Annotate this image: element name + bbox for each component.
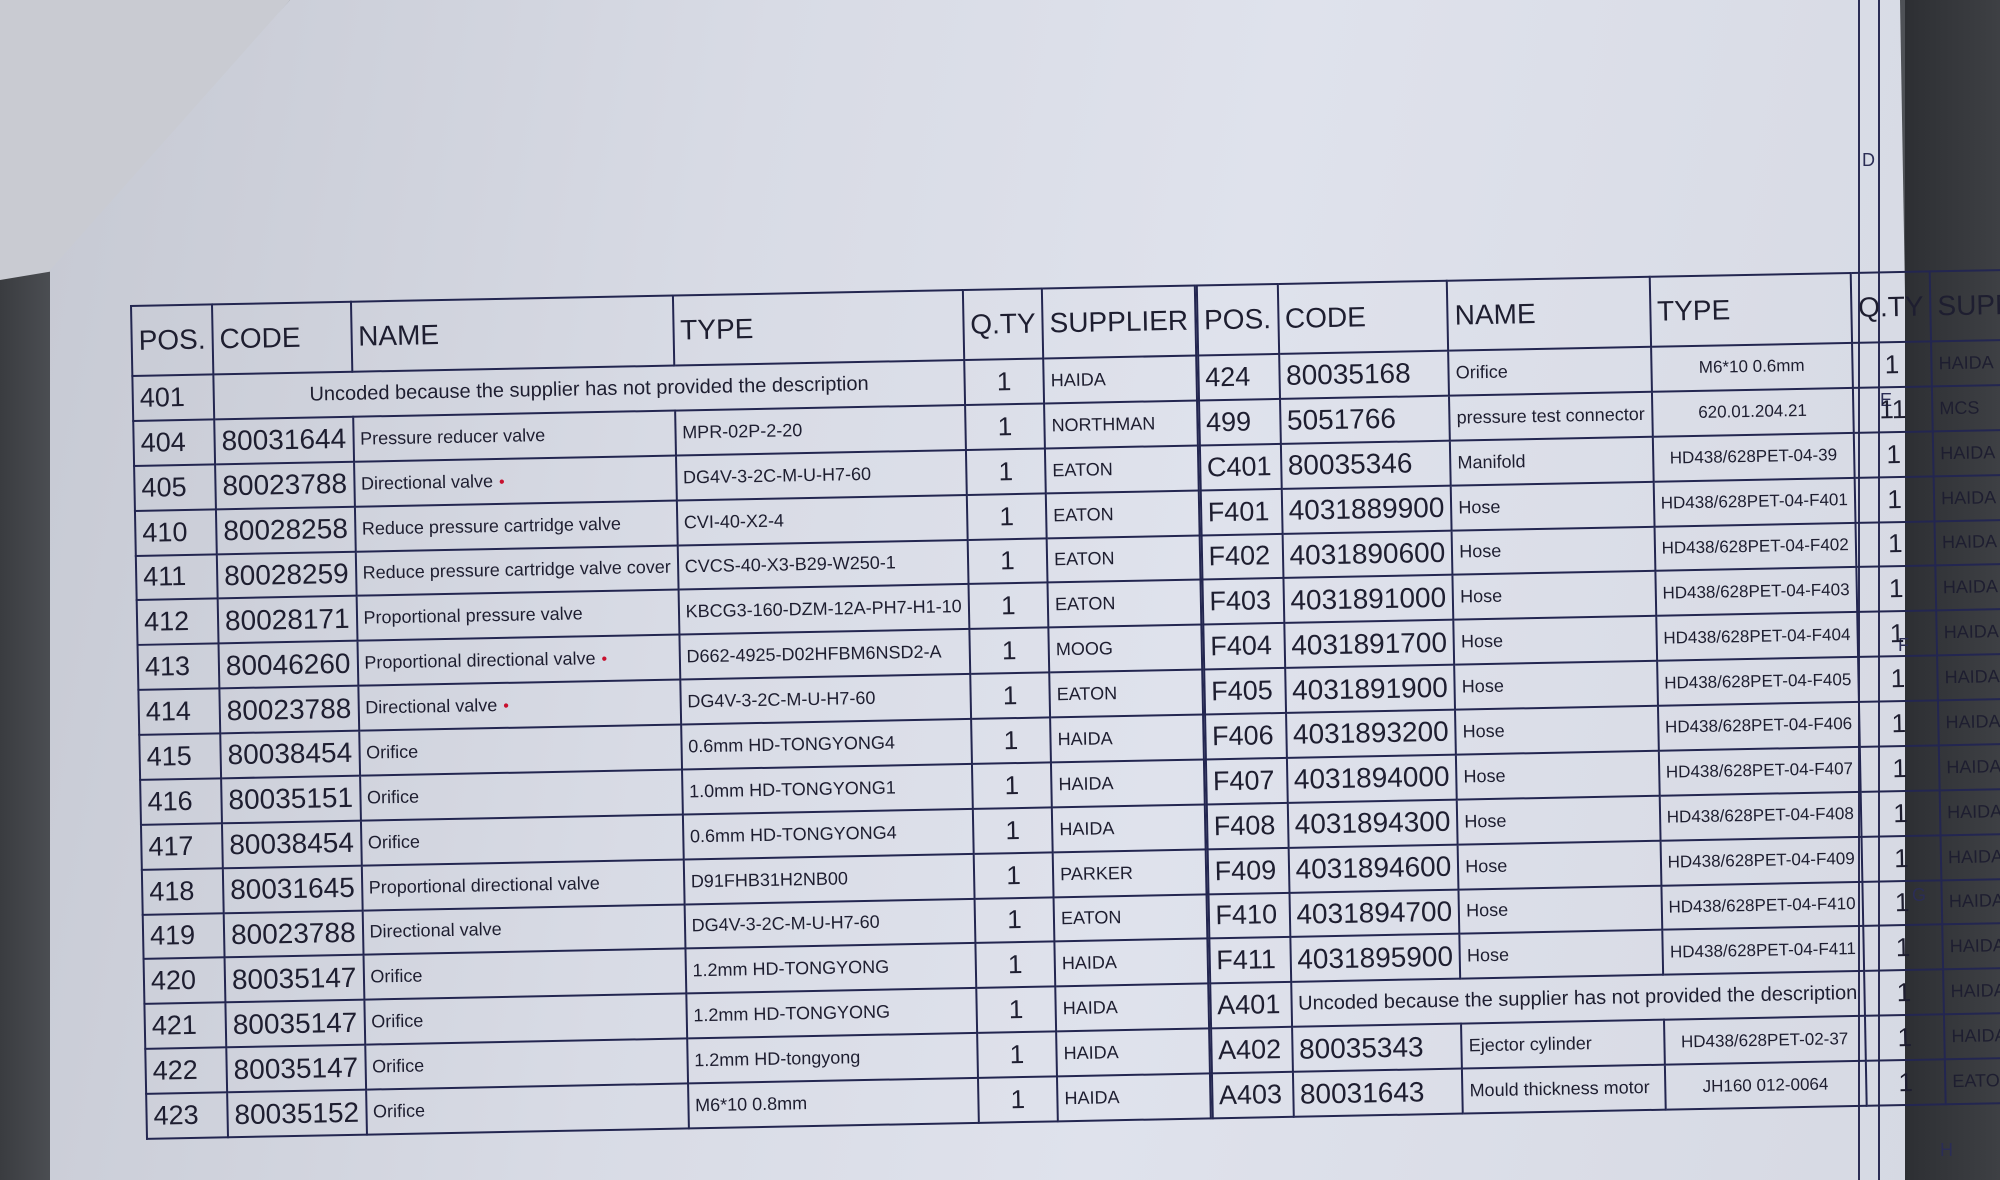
cell-name: Proportional directional valve — [361, 859, 684, 910]
cell-supplier: HAIDA — [1940, 787, 2000, 835]
cell-pos: 420 — [144, 958, 226, 1004]
cell-pos: F401 — [1200, 489, 1282, 535]
cell-supplier: HAIDA — [1938, 697, 2000, 745]
cell-name: Orifice — [364, 994, 687, 1045]
cell-type: 0.6mm HD-TONGYONG4 — [681, 719, 972, 769]
header-pos: POS. — [131, 304, 213, 376]
cell-name: Hose — [1454, 661, 1657, 710]
cell-code: 80046260 — [218, 641, 357, 689]
cell-pos: F405 — [1204, 668, 1286, 714]
cell-name: Hose — [1460, 930, 1663, 979]
cell-qty: 1 — [1854, 431, 1934, 477]
cell-name: Proportional directional valve• — [357, 635, 680, 686]
cell-supplier: HAIDA — [1054, 939, 1207, 987]
cell-pos: A403 — [1212, 1072, 1294, 1119]
cell-qty: 1 — [971, 717, 1051, 763]
cell-supplier: MCS — [1932, 383, 2000, 431]
red-check-mark-icon: • — [503, 698, 509, 715]
cell-name: Orifice — [363, 949, 686, 1000]
cell-code: 80028259 — [217, 551, 356, 599]
cell-qty: 1 — [1859, 700, 1939, 746]
cell-type: MPR-02P-2-20 — [675, 405, 966, 455]
cell-type: HD438/628PET-04-F409 — [1660, 836, 1862, 885]
cell-type: KBCG3-160-DZM-12A-PH7-H1-10 — [678, 584, 969, 634]
zone-letter: H — [1940, 1140, 1953, 1161]
cell-code: 5051766 — [1280, 396, 1451, 444]
cell-code: 80035147 — [225, 1000, 364, 1048]
cell-type: HD438/628PET-04-F404 — [1656, 612, 1858, 661]
cell-code: 80035147 — [226, 1045, 365, 1093]
cell-name: Orifice — [1448, 347, 1651, 396]
cell-code: 80023788 — [224, 910, 363, 958]
cell-qty: 1 — [973, 807, 1053, 853]
cell-qty: 1 — [968, 583, 1048, 629]
cell-code: 4031891000 — [1283, 575, 1454, 623]
cell-supplier: HAIDA — [1056, 1029, 1209, 1077]
cell-type: HD438/628PET-04-F402 — [1654, 522, 1856, 571]
cell-supplier: HAIDA — [1936, 608, 2000, 656]
cell-code: 4031891900 — [1285, 665, 1456, 713]
cell-name: Mould thickness motor — [1462, 1065, 1665, 1114]
cell-name: Orifice — [365, 1039, 688, 1090]
cell-code: 4031894300 — [1287, 799, 1458, 847]
header-supplier: SUPPLIER — [1042, 286, 1196, 359]
cell-supplier: HAIDA — [1934, 473, 2000, 521]
cell-name: Hose — [1452, 526, 1655, 575]
cell-pos: 421 — [144, 1003, 226, 1049]
header-name: NAME — [350, 296, 673, 372]
cell-type: HD438/628PET-04-F408 — [1659, 792, 1861, 841]
cell-supplier: EATON — [1046, 490, 1199, 538]
bom-table-right: POS. CODE NAME TYPE Q.TY SUPPLIER 424800… — [1195, 267, 2000, 1119]
cell-qty: 1 — [967, 538, 1047, 584]
cell-code: 80031645 — [223, 865, 362, 913]
cell-supplier: HAIDA — [1052, 804, 1205, 852]
cell-code: 4031894000 — [1286, 754, 1457, 802]
cell-code: 80023788 — [219, 686, 358, 734]
cell-type: HD438/628PET-04-F403 — [1655, 567, 1857, 616]
cell-name: Reduce pressure cartridge valve — [354, 500, 677, 551]
cell-supplier: HAIDA — [1931, 339, 2000, 387]
cell-pos: F410 — [1208, 892, 1290, 938]
cell-supplier: EATON — [1054, 894, 1207, 942]
cell-supplier: HAIDA — [1943, 967, 2000, 1015]
cell-code: 80035147 — [224, 955, 363, 1003]
cell-name: Orifice — [366, 1083, 689, 1134]
cell-pos: F408 — [1206, 803, 1288, 849]
cell-type: M6*10 0.6mm — [1651, 343, 1853, 392]
cell-name: Directional valve• — [358, 680, 681, 731]
cell-qty: 1 — [977, 1031, 1057, 1077]
cell-code: 80035168 — [1279, 351, 1450, 399]
cell-qty: 1 — [966, 448, 1046, 494]
cell-code: 80035346 — [1280, 440, 1451, 488]
cell-supplier: EATON — [1945, 1056, 2000, 1104]
cell-pos: 405 — [134, 464, 216, 510]
cell-name: Ejector cylinder — [1461, 1020, 1664, 1069]
cell-pos: F411 — [1209, 937, 1291, 983]
cell-qty: 1 — [1856, 566, 1936, 612]
cell-name: Hose — [1451, 481, 1654, 530]
cell-code: 80028171 — [218, 596, 357, 644]
cell-name: Hose — [1459, 885, 1662, 934]
cell-code: 80038454 — [222, 820, 361, 868]
cell-type: 0.6mm HD-TONGYONG4 — [683, 809, 974, 859]
cell-qty: 1 — [970, 673, 1050, 719]
cell-type: DG4V-3-2C-M-U-H7-60 — [684, 898, 975, 948]
cell-name: Reduce pressure cartridge valve cover — [355, 545, 678, 596]
cell-code: 4031893200 — [1286, 710, 1457, 758]
cell-supplier: NORTHMAN — [1044, 400, 1197, 448]
cell-qty: 1 — [1864, 970, 1944, 1016]
cell-name: Hose — [1457, 795, 1660, 844]
cell-code: 80035343 — [1292, 1024, 1463, 1072]
cell-pos: F402 — [1201, 533, 1283, 579]
cell-code: 80031644 — [214, 417, 353, 465]
cell-name: Hose — [1456, 751, 1659, 800]
cell-type: HD438/628PET-04-F410 — [1661, 881, 1863, 930]
cell-type: HD438/628PET-04-F406 — [1658, 702, 1860, 751]
header-code: CODE — [1277, 281, 1448, 354]
cell-qty: 1 — [1862, 880, 1942, 926]
cell-name-text: Directional valve — [361, 471, 493, 494]
cell-qty: 1 — [965, 403, 1045, 449]
cell-code: 80035151 — [221, 776, 360, 824]
cell-supplier: HAIDA — [1942, 922, 2000, 970]
cell-type: CVI-40-X2-4 — [677, 495, 968, 545]
cell-pos: 424 — [1198, 354, 1280, 400]
cell-supplier: HAIDA — [1939, 742, 2000, 790]
cell-qty: 1 — [964, 358, 1044, 404]
cell-name: Hose — [1458, 840, 1661, 889]
bom-table-right-body: 42480035168OrificeM6*10 0.6mm1HAIDA49950… — [1198, 339, 2000, 1119]
header-type: TYPE — [673, 290, 964, 366]
cell-qty: 1 — [1863, 925, 1943, 971]
cell-pos: F403 — [1202, 578, 1284, 624]
red-check-mark-icon: • — [601, 651, 607, 668]
zone-letter: D — [1862, 150, 1875, 171]
header-qty: Q.TY — [1850, 271, 1931, 343]
cell-type: 1.0mm HD-TONGYONG1 — [682, 764, 973, 814]
cell-supplier: HAIDA — [1043, 356, 1196, 404]
cell-type: HD438/628PET-02-37 — [1664, 1016, 1866, 1065]
cell-supplier: HAIDA — [1941, 832, 2000, 880]
cell-pos: C401 — [1199, 444, 1281, 490]
cell-qty: 1 — [1857, 611, 1937, 657]
cell-qty: 1 — [1854, 476, 1934, 522]
cell-type: HD438/628PET-04-F401 — [1653, 478, 1855, 527]
header-type: TYPE — [1649, 273, 1851, 347]
cell-qty: 1 — [1866, 1059, 1946, 1106]
cell-pos: 414 — [138, 688, 220, 734]
cell-code: 80028258 — [216, 506, 355, 554]
cell-qty: 1 — [1852, 341, 1932, 387]
cell-code: 80038454 — [220, 731, 359, 779]
bom-sheet: POS. CODE NAME TYPE Q.TY SUPPLIER 401Unc… — [130, 272, 1856, 1140]
cell-name-text: Proportional directional valve — [364, 648, 595, 672]
cell-code: 80031643 — [1292, 1069, 1463, 1117]
cell-supplier: HAIDA — [1050, 714, 1203, 762]
cell-qty: 1 — [969, 628, 1049, 674]
cell-code: 4031889900 — [1281, 485, 1452, 533]
cell-pos: 418 — [142, 868, 224, 914]
cell-type: D662-4925-D02HFBM6NSD2-A — [679, 629, 970, 679]
cell-pos: 412 — [137, 599, 219, 645]
cell-supplier: EATON — [1048, 580, 1201, 628]
cell-type: D91FHB31H2NB00 — [683, 854, 974, 904]
cell-name: Pressure reducer valve — [353, 410, 676, 461]
cell-name: Manifold — [1450, 437, 1653, 486]
cell-name: Hose — [1454, 616, 1657, 665]
cell-type: DG4V-3-2C-M-U-H7-60 — [680, 674, 971, 724]
cell-name: pressure test connector — [1449, 392, 1652, 441]
cell-code: 4031894600 — [1288, 844, 1459, 892]
cell-pos: 404 — [133, 419, 215, 465]
cell-name: Orifice — [360, 769, 683, 820]
cell-code: 4031890600 — [1282, 530, 1453, 578]
cell-qty: 1 — [967, 493, 1047, 539]
cell-name: Directional valve• — [354, 455, 677, 506]
cell-name: Orifice — [360, 814, 683, 865]
cell-supplier: HAIDA — [1941, 877, 2000, 925]
cell-qty: 1 — [1860, 745, 1940, 791]
header-name: NAME — [1447, 277, 1651, 351]
cell-type: HD438/628PET-04-F407 — [1659, 747, 1861, 796]
cell-name: Hose — [1453, 571, 1656, 620]
cell-supplier: EATON — [1045, 445, 1198, 493]
cell-pos: F404 — [1203, 623, 1285, 669]
cell-name: Orifice — [359, 725, 682, 776]
header-pos: POS. — [1196, 284, 1278, 356]
cell-qty: 11 — [1853, 386, 1933, 432]
cell-pos: 416 — [140, 778, 222, 824]
cell-pos: A402 — [1211, 1027, 1293, 1073]
cell-type: HD438/628PET-04-39 — [1652, 433, 1854, 482]
cell-pos: F406 — [1205, 713, 1287, 759]
cell-type: DG4V-3-2C-M-U-H7-60 — [676, 450, 967, 500]
cell-supplier: HAIDA — [1935, 563, 2000, 611]
cell-qty: 1 — [973, 852, 1053, 898]
header-qty: Q.TY — [963, 288, 1044, 360]
cell-code: 4031894700 — [1289, 889, 1460, 937]
red-check-mark-icon: • — [499, 474, 505, 491]
cell-supplier: HAIDA — [1057, 1073, 1210, 1121]
cell-code: 4031895900 — [1290, 934, 1461, 982]
bom-table-left-body: 401Uncoded because the supplier has not … — [132, 356, 1210, 1139]
cell-qty: 1 — [1860, 790, 1940, 836]
cell-supplier: HAIDA — [1933, 428, 2000, 476]
cell-qty: 1 — [975, 942, 1055, 988]
cell-pos: 422 — [145, 1047, 227, 1093]
cell-type: CVCS-40-X3-B29-W250-1 — [677, 539, 968, 589]
cell-pos: F407 — [1206, 758, 1288, 804]
cell-type: M6*10 0.8mm — [688, 1078, 979, 1129]
bom-table-left: POS. CODE NAME TYPE Q.TY SUPPLIER 401Unc… — [130, 285, 1211, 1140]
cell-type: 620.01.204.21 — [1652, 388, 1854, 437]
cell-supplier: MOOG — [1048, 625, 1201, 673]
cell-qty: 1 — [974, 897, 1054, 943]
cell-name-text: Directional valve — [365, 695, 497, 718]
cell-type: HD438/628PET-04-F405 — [1657, 657, 1859, 706]
header-supplier: SUPPLIER — [1930, 269, 2000, 342]
cell-qty: 1 — [972, 762, 1052, 808]
cell-type: 1.2mm HD-TONGYONG — [686, 988, 977, 1038]
cell-supplier: HAIDA — [1937, 653, 2000, 701]
cell-name: Hose — [1455, 706, 1658, 755]
cell-type: 1.2mm HD-tongyong — [687, 1033, 978, 1083]
cell-pos: A401 — [1210, 982, 1292, 1028]
cell-qty: 1 — [1865, 1014, 1945, 1060]
cell-qty: 1 — [1855, 521, 1935, 567]
cell-supplier: HAIDA — [1055, 984, 1208, 1032]
cell-type: HD438/628PET-04-F411 — [1662, 926, 1864, 975]
cell-pos: 419 — [143, 913, 225, 959]
cell-code: 80035152 — [227, 1090, 366, 1138]
cell-pos: 417 — [141, 823, 223, 869]
cell-pos: 413 — [138, 644, 220, 690]
cell-pos: 499 — [1199, 399, 1281, 445]
cell-name: Proportional pressure valve — [356, 590, 679, 641]
cell-pos: 423 — [146, 1092, 228, 1139]
cell-pos: 410 — [135, 509, 217, 555]
cell-name: Directional valve — [362, 904, 685, 955]
cell-code: 4031891700 — [1284, 620, 1455, 668]
cell-type: 1.2mm HD-TONGYONG — [685, 943, 976, 993]
cell-code: 80023788 — [215, 461, 354, 509]
cell-qty: 1 — [1861, 835, 1941, 881]
cell-pos: 411 — [136, 554, 218, 600]
header-code: CODE — [212, 302, 352, 375]
cell-pos: 415 — [139, 733, 221, 779]
cell-qty: 1 — [978, 1076, 1058, 1123]
cell-qty: 1 — [1858, 655, 1938, 701]
cell-supplier: PARKER — [1053, 849, 1206, 897]
cell-supplier: HAIDA — [1051, 759, 1204, 807]
cell-supplier: HAIDA — [1944, 1012, 2000, 1060]
cell-qty: 1 — [976, 987, 1056, 1033]
cell-pos: 401 — [132, 374, 214, 420]
cell-supplier: HAIDA — [1935, 518, 2000, 566]
cell-supplier: EATON — [1047, 535, 1200, 583]
cell-type: JH160 012-0064 — [1665, 1061, 1867, 1110]
cell-pos: F409 — [1207, 847, 1289, 893]
cell-supplier: EATON — [1049, 670, 1202, 718]
